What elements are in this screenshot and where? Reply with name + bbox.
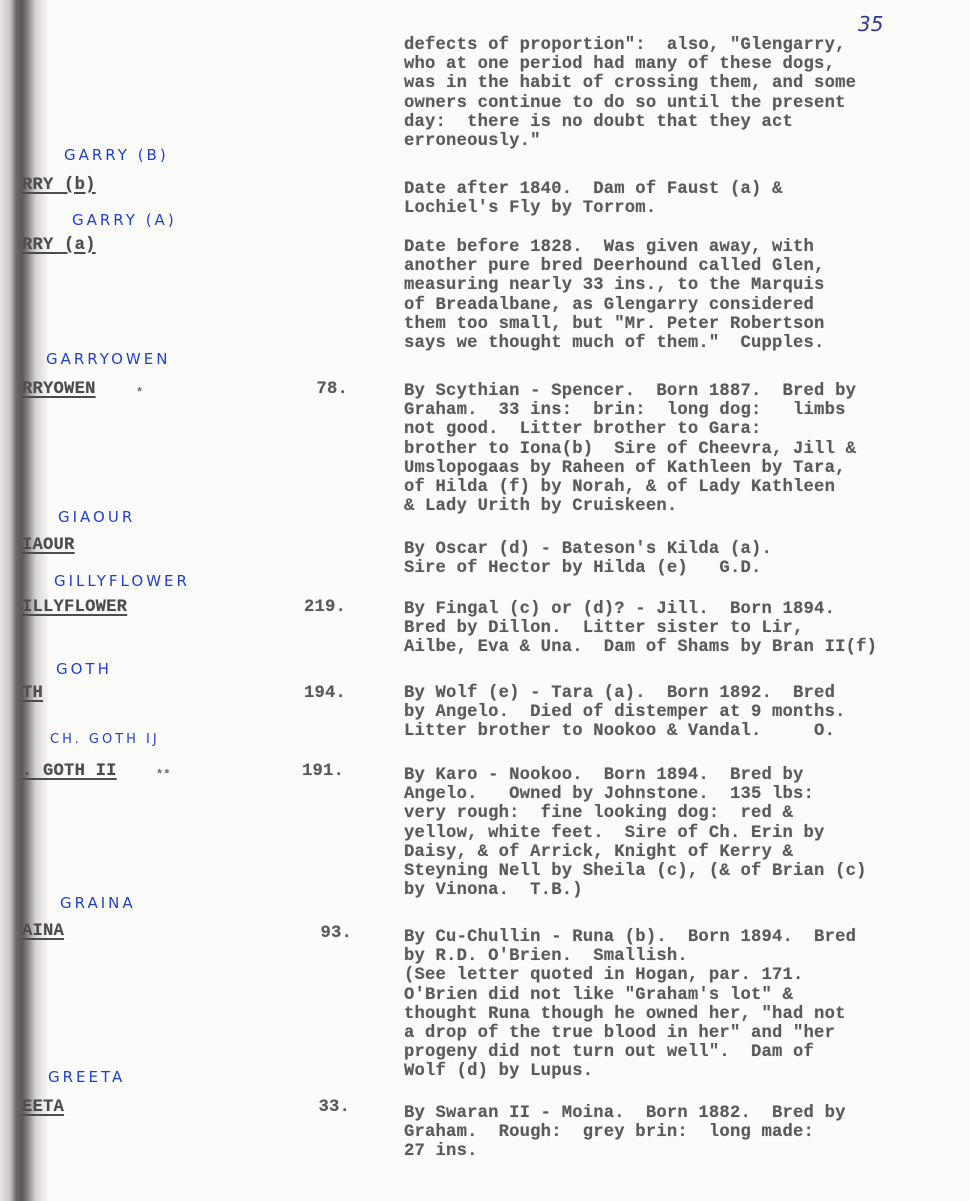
entry-number: 219. <box>286 598 346 617</box>
entry-name: IAOUR <box>22 536 75 555</box>
entry-number: 78. <box>288 380 348 399</box>
entry-name: EETA <box>22 1098 64 1117</box>
handwritten-name: GOTH <box>56 660 112 678</box>
entry-mark: ** <box>156 768 170 782</box>
handwritten-name: GREETA <box>48 1068 125 1086</box>
page-number: 35 <box>858 12 883 36</box>
handwritten-name: GARRYOWEN <box>46 350 170 368</box>
handwritten-name: GRAINA <box>60 894 136 912</box>
entry-text: By Swaran II - Moina. Born 1882. Bred by… <box>404 1104 846 1162</box>
intro-paragraph: defects of proportion": also, "Glengarry… <box>404 36 856 151</box>
handwritten-name: GARRY (B) <box>64 146 169 164</box>
entry-name: RRY (b) <box>22 176 96 195</box>
entry-text: By Oscar (d) - Bateson's Kilda (a). Sire… <box>404 540 772 578</box>
entry-name: . GOTH II <box>22 762 117 781</box>
entry-name: RRY (a) <box>22 236 96 255</box>
entry-number: 191. <box>284 762 344 781</box>
entry-name: ILLYFLOWER <box>22 598 127 617</box>
entry-text: Date before 1828. Was given away, with a… <box>404 238 825 353</box>
entry-mark: * <box>136 386 143 400</box>
entry-text: By Scythian - Spencer. Born 1887. Bred b… <box>404 382 856 516</box>
entry-number: 93. <box>292 924 352 943</box>
entry-text: By Cu-Chullin - Runa (b). Born 1894. Bre… <box>404 928 856 1082</box>
entry-text: By Wolf (e) - Tara (a). Born 1892. Bred … <box>404 684 846 742</box>
entry-name: RRYOWEN <box>22 380 96 399</box>
entry-text: By Karo - Nookoo. Born 1894. Bred by Ang… <box>404 766 867 900</box>
entry-number: 194. <box>286 684 346 703</box>
handwritten-name: CH. GOTH IJ <box>50 732 160 747</box>
entry-number: 33. <box>290 1098 350 1117</box>
handwritten-name: GILLYFLOWER <box>54 572 190 590</box>
entry-text: Date after 1840. Dam of Faust (a) & Loch… <box>404 180 783 218</box>
entry-name: TH <box>22 684 43 703</box>
handwritten-name: GIAOUR <box>58 508 135 526</box>
entry-text: By Fingal (c) or (d)? - Jill. Born 1894.… <box>404 600 877 658</box>
entry-name: AINA <box>22 922 64 941</box>
handwritten-name: GARRY (A) <box>72 211 177 229</box>
